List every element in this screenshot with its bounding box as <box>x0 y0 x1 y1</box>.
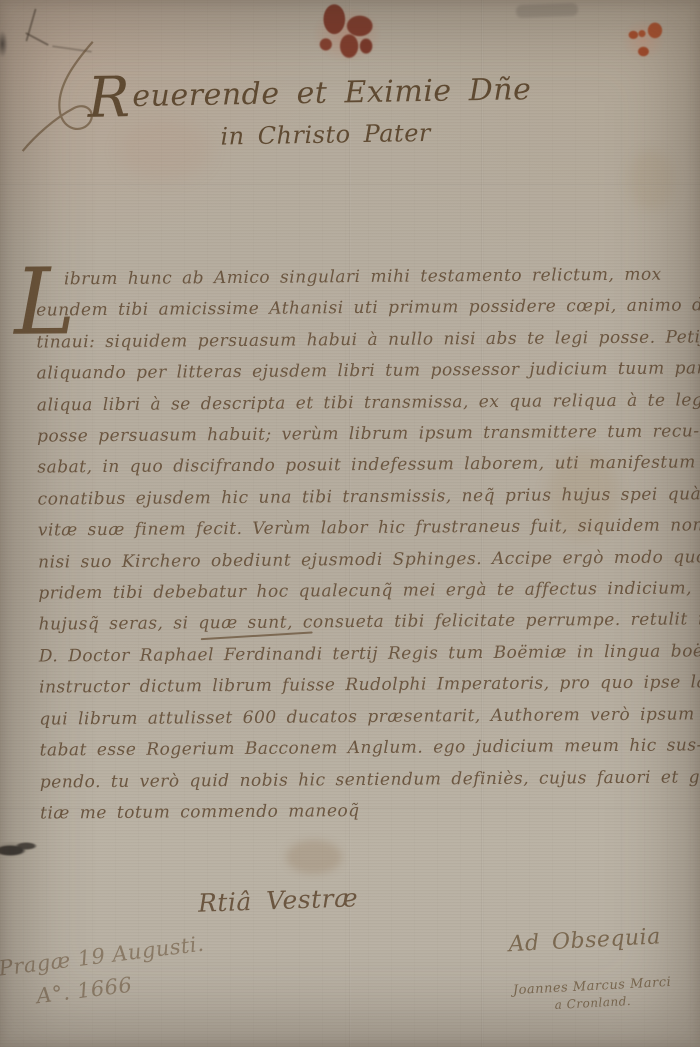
heading-initial: R <box>87 65 131 131</box>
body-line: aliquando per litteras ejusdem libri tum… <box>37 354 685 390</box>
heading-line-1-text: euerende et Eximie Dñe <box>132 72 532 114</box>
body-line: tabat esse Rogerium Bacconem Anglum. ego… <box>39 731 687 767</box>
dateline: Pragæ 19 Augusti. A°. 1666 <box>0 932 209 1013</box>
signature-valediction: Ad Obsequia <box>508 924 661 957</box>
drop-cap-initial: L <box>14 256 76 348</box>
corner-tear-mark <box>25 32 49 46</box>
heading-line-2: in Christo Pater <box>220 117 532 150</box>
body-line: D. Doctor Raphael Ferdinandi tertij Regi… <box>39 636 687 672</box>
letter-heading: Reuerende et Eximie Dñe in Christo Pater <box>87 70 532 153</box>
heading-line-1: Reuerende et Eximie Dñe <box>87 70 531 119</box>
signature-block: Ad Obsequia Joannes Marcus Marci a Cronl… <box>508 924 674 1014</box>
body-line: posse persuasum habuit; verùm librum ips… <box>37 416 685 452</box>
body-line: pendo. tu verò quid nobis hic sentiendum… <box>40 762 688 798</box>
paper-stain <box>286 840 342 874</box>
body-line: tiæ me totum commendo maneoq̃ <box>40 793 688 829</box>
wax-seal-residue-icon <box>294 0 400 78</box>
edge-smudge <box>0 24 12 64</box>
body-line: instructor dictum librum fuisse Rudolphi… <box>39 668 687 704</box>
corner-tear-mark <box>25 8 36 41</box>
body-line: ibrum hunc ab Amico singulari mihi testa… <box>36 259 684 295</box>
letter-page: Reuerende et Eximie Dñe in Christo Pater… <box>0 0 700 1047</box>
body-line: hujusq̃ seras, si quæ sunt, consueta tib… <box>39 605 687 641</box>
charcoal-smudge <box>0 834 40 864</box>
body-line: qui librum attulisset 600 ducatos præsen… <box>39 699 687 735</box>
paper-stain <box>628 150 674 210</box>
body-line: tinaui: siquidem persuasum habui à nullo… <box>36 322 684 358</box>
body-line: pridem tibi debebatur hoc qualecunq̃ mei… <box>38 574 686 610</box>
body-line: sabat, in quo discifrando posuit indefes… <box>37 448 685 484</box>
faint-inscription-smudge <box>516 3 578 18</box>
wax-seal-residue-icon <box>606 8 678 72</box>
body-line: eundem tibi amicissime Athanisi uti prim… <box>36 291 684 327</box>
fold-crease-horizontal <box>0 184 700 186</box>
body-line: conatibus ejusdem hic una tibi transmiss… <box>38 479 686 515</box>
body-line: aliqua libri à se descripta et tibi tran… <box>37 385 685 421</box>
body-line: nisi suo Kirchero obediunt ejusmodi Sphi… <box>38 542 686 578</box>
corner-tear-mark <box>52 45 92 53</box>
letter-body: L ibrum hunc ab Amico singulari mihi tes… <box>36 259 688 829</box>
closing-salutation: Rtiâ Vestræ <box>198 883 359 918</box>
body-line: vitæ suæ finem fecit. Verùm labor hic fr… <box>38 511 686 547</box>
